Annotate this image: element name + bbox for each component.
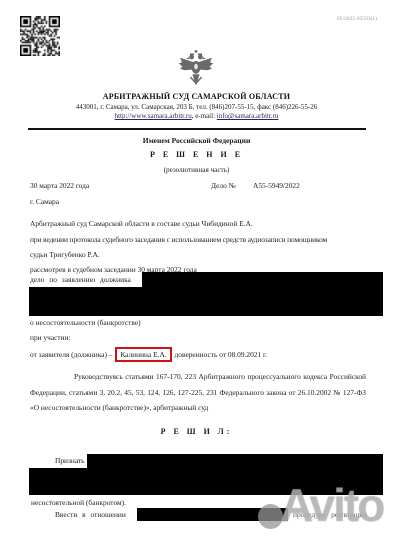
representative-suffix: доверенность от 08.09.2021 г.	[175, 350, 268, 359]
court-name: АРБИТРАЖНЫЙ СУД САМАРСКОЙ ОБЛАСТИ	[0, 92, 393, 101]
participants-line: при участии:	[30, 333, 71, 342]
introduce-suffix: процедуру реализации	[293, 510, 367, 519]
bankruptcy-subject-line: о несостоятельности (банкротстве)	[30, 318, 141, 327]
representative-line: от заявителя (должника) – Калинина Е.А. …	[30, 347, 267, 362]
redaction-bar-debtor	[142, 272, 383, 287]
city-line: г. Самара	[30, 197, 59, 206]
representative-prefix: от заявителя (должника) –	[30, 350, 112, 359]
court-decision-document: 65/2022-92593(1) АРБИТРАЖНЫЙ СУД САМАРСК…	[0, 0, 393, 540]
redaction-bar-introduce	[137, 508, 288, 521]
recognize-line: Признать	[55, 456, 85, 465]
court-composition-line: Арбитражный суд Самарской области в сост…	[30, 219, 253, 228]
case-number: А55-5949/2022	[253, 181, 300, 190]
decision-subtitle: (резолютивная часть)	[0, 166, 393, 174]
resolved-heading: Р Е Ш И Л:	[0, 427, 393, 436]
links-separator: , e-mail:	[192, 112, 217, 120]
introduce-line: Ввести в отношении	[55, 510, 126, 519]
redaction-block-debtor	[29, 287, 383, 316]
representative-name: Калинина Е.А.	[120, 350, 166, 359]
redaction-block-recognize	[29, 468, 383, 495]
document-number: 65/2022-92593(1)	[337, 16, 377, 22]
bankrupt-line: несостоятельной (банкротом).	[31, 498, 126, 507]
court-contacts: http://www.samara.arbitr.ru, e-mail: inf…	[0, 112, 393, 120]
decision-title: Р Е Ш Е Н И Е	[0, 150, 393, 159]
clerk-line: судьи Тригубенко Р.А.	[30, 250, 100, 259]
email-link[interactable]: info@samara.arbitr.ru	[217, 112, 279, 120]
redaction-bar-recognize	[87, 454, 383, 468]
debtor-line: дело по заявлению должника	[30, 275, 131, 284]
legal-basis-paragraph: Руководствуясь статьями 167-170, 223 Арб…	[30, 369, 366, 416]
court-address: 443001, г. Самара, ул. Самарская, 203 Б,…	[0, 103, 393, 111]
decision-date: 30 марта 2022 года	[30, 181, 89, 190]
qr-code	[20, 16, 60, 56]
russia-coat-of-arms-icon	[176, 49, 216, 87]
in-the-name-line: Именем Российской Федерации	[0, 136, 393, 145]
case-number-label: Дело №	[211, 181, 236, 190]
highlight-box: Калинина Е.А.	[115, 347, 171, 362]
protocol-line: при ведении протокола судебного заседани…	[30, 235, 327, 244]
header-divider	[28, 128, 366, 130]
website-link[interactable]: http://www.samara.arbitr.ru	[115, 112, 192, 120]
